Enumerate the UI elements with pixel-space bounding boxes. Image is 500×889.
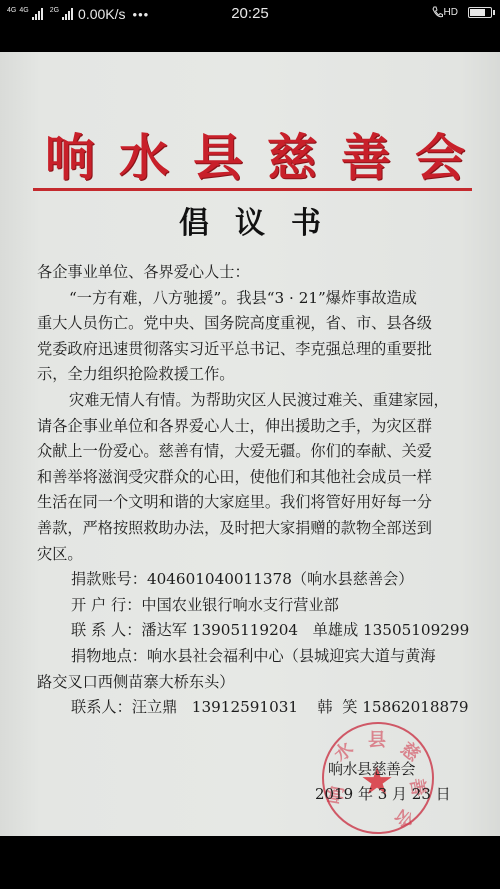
hd-label: HD bbox=[444, 7, 458, 18]
donation-location-cont: 路交叉口西侧苗寨大桥东头） bbox=[37, 670, 477, 696]
battery-fill bbox=[470, 9, 485, 16]
contact-label: 联系人： bbox=[71, 698, 132, 716]
location-label: 捐物地点： bbox=[71, 647, 147, 665]
document-title: 倡议书 bbox=[0, 198, 500, 242]
letterhead-char: 县 bbox=[193, 118, 243, 190]
document-photo: 响 水 县 慈 善 会 倡议书 各企事业单位、各界爱心人士： “一方有难，八方驰… bbox=[0, 52, 500, 836]
paragraph-line: 重大人员伤亡。党中央、国务院高度重视，省、市、县各级 bbox=[37, 311, 477, 337]
status-bar: 4G 4G 2G 0.00K/s ••• 20:25 HD bbox=[0, 0, 500, 30]
contact-label: 联 系 人： bbox=[71, 621, 141, 639]
contact-persons-1: 联 系 人：潘达军 13905119204 单雄成 13505109299 bbox=[37, 618, 477, 644]
donation-location: 捐物地点：响水县社会福利中心（县城迎宾大道与黄海 bbox=[37, 644, 477, 670]
letterhead-divider bbox=[33, 188, 472, 191]
account-label: 捐款账号： bbox=[71, 570, 147, 588]
status-right: HD bbox=[432, 6, 492, 18]
phone-icon bbox=[432, 6, 443, 18]
paragraph-line: 党委政府迅速贯彻落实习近平总书记、李克强总理的重要批 bbox=[37, 337, 477, 363]
paragraph-line: 和善举将滋润受灾群众的心田，使他们和其他社会成员一样 bbox=[37, 465, 477, 491]
contact-persons-2: 联系人：汪立鼎 13912591031 韩 笑 15862018879 bbox=[37, 695, 477, 721]
letterhead-char: 响 bbox=[45, 118, 95, 190]
seal-char: 县 bbox=[368, 726, 386, 752]
seal-char: 会 bbox=[389, 804, 420, 835]
salutation: 各企事业单位、各界爱心人士： bbox=[37, 260, 477, 286]
paragraph-line: 灾难无情人有情。为帮助灾区人民渡过难关、重建家园， bbox=[37, 388, 477, 414]
contact-value: 潘达军 13905119204 单雄成 13505109299 bbox=[141, 621, 469, 639]
bank-value: 中国农业银行响水支行营业部 bbox=[141, 596, 338, 614]
letterhead-char: 善 bbox=[341, 118, 391, 190]
paragraph-line: 示，全力组织抢险救援工作。 bbox=[37, 362, 477, 388]
paragraph-line: 生活在同一个文明和谐的大家庭里。我们将管好用好每一分 bbox=[37, 490, 477, 516]
paragraph-line: 众献上一份爱心。慈善有情，大爱无疆。你们的奉献、关爱 bbox=[37, 439, 477, 465]
paragraph-line: “一方有难，八方驰援”。我县“3 · 21”爆炸事故造成 bbox=[37, 286, 477, 312]
battery-icon bbox=[468, 7, 492, 18]
letterhead-char: 水 bbox=[119, 118, 169, 190]
bottom-black-area bbox=[0, 836, 500, 889]
volte-call-icon: HD bbox=[432, 6, 458, 18]
document-body: 各企事业单位、各界爱心人士： “一方有难，八方驰援”。我县“3 · 21”爆炸事… bbox=[37, 260, 477, 721]
letterhead-char: 慈 bbox=[267, 118, 317, 190]
letterhead-char: 会 bbox=[415, 118, 465, 190]
paragraph-line: 善款，严格按照救助办法，及时把大家捐赠的款物全部送到 bbox=[37, 516, 477, 542]
donation-account: 捐款账号：404601040011378（响水县慈善会） bbox=[37, 567, 477, 593]
paragraph-line: 灾区。 bbox=[37, 542, 477, 568]
account-value: 404601040011378（响水县慈善会） bbox=[147, 570, 413, 588]
sign-date: 2019 年 3 月 23 日 bbox=[315, 783, 451, 804]
org-letterhead: 响 水 县 慈 善 会 bbox=[45, 118, 465, 190]
clock: 20:25 bbox=[0, 5, 500, 22]
location-value: 响水县社会福利中心（县城迎宾大道与黄海 bbox=[147, 647, 436, 665]
bank-info: 开 户 行：中国农业银行响水支行营业部 bbox=[37, 593, 477, 619]
paragraph-line: 请各企事业单位和各界爱心人士，伸出援助之手，为灾区群 bbox=[37, 414, 477, 440]
bank-label: 开 户 行： bbox=[71, 596, 141, 614]
signer-org: 响水县慈善会 bbox=[328, 758, 415, 779]
contact-value: 汪立鼎 13912591031 韩 笑 15862018879 bbox=[132, 698, 469, 716]
